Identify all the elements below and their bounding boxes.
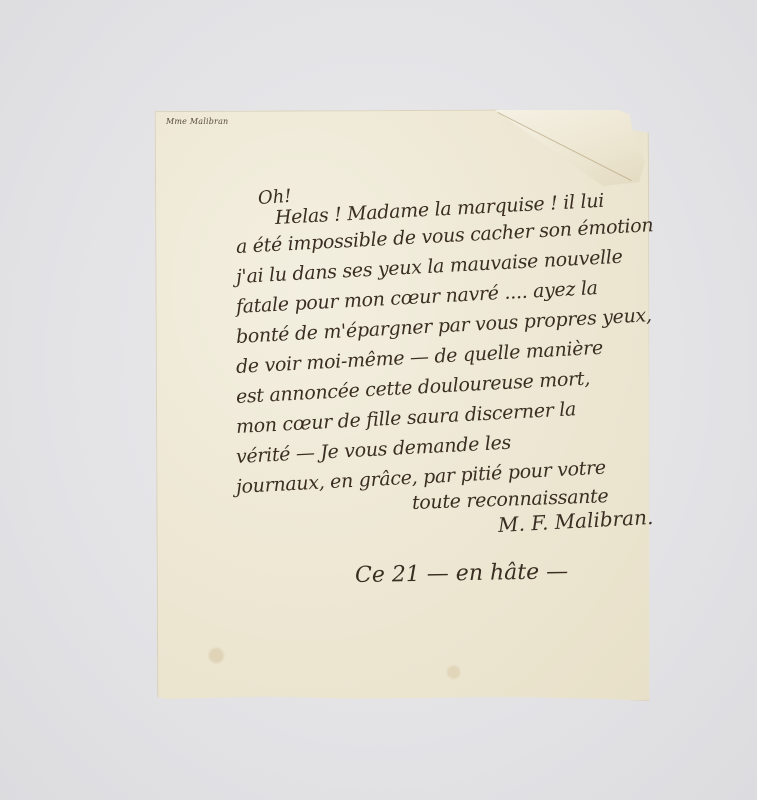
margin-note: Mme Malibran — [166, 117, 228, 126]
photo-stage: Mme Malibran Oh! Helas ! Madame la marqu… — [0, 0, 757, 800]
date-line: Ce 21 — en hâte — — [355, 559, 569, 588]
